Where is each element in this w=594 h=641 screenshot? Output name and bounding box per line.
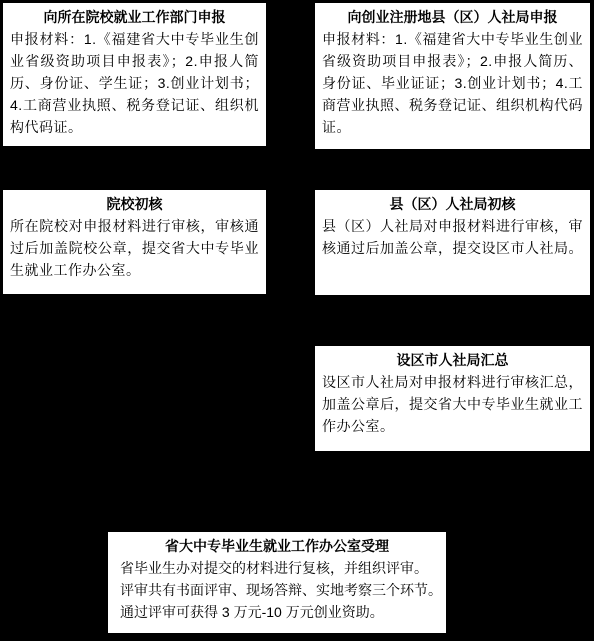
box-body-apply-bureau: 申报材料：1.《福建省大中专毕业生创业省级资助项目申报表》；2.申报人简历、身份…	[322, 28, 583, 138]
box-title-county-review: 县（区）人社局初核	[322, 193, 583, 215]
flow-box-county-review: 县（区）人社局初核 县（区）人社局对申报材料进行审核，审核通过后加盖公章，提交设…	[315, 190, 590, 295]
flow-box-city-summary: 设区市人社局汇总 设区市人社局对申报材料进行审核汇总，加盖公章后，提交省大中专毕…	[315, 346, 590, 451]
box-body-line-2-province-accept: 评审共有书面评审、现场答辩、实地考察三个环节。	[115, 579, 439, 601]
box-body-line-3-province-accept: 通过评审可获得 3 万元-10 万元创业资助。	[115, 601, 439, 623]
flow-box-province-accept: 省大中专毕业生就业工作办公室受理 省毕业生办对提交的材料进行复核，并组织评审。 …	[108, 532, 446, 633]
box-body-county-review: 县（区）人社局对申报材料进行审核，审核通过后加盖公章，提交设区市人社局。	[322, 215, 583, 259]
box-title-college-review: 院校初核	[10, 193, 259, 215]
flow-box-apply-college: 向所在院校就业工作部门申报 申报材料：1.《福建省大中专毕业生创业省级资助项目申…	[3, 3, 266, 146]
box-body-apply-college: 申报材料：1.《福建省大中专毕业生创业省级资助项目申报表》；2.申报人简历、身份…	[10, 28, 259, 138]
box-title-province-accept: 省大中专毕业生就业工作办公室受理	[115, 535, 439, 557]
flowchart-canvas: 向所在院校就业工作部门申报 申报材料：1.《福建省大中专毕业生创业省级资助项目申…	[0, 0, 594, 641]
flow-box-college-review: 院校初核 所在院校对申报材料进行审核，审核通过后加盖院校公章，提交省大中专毕业生…	[3, 190, 266, 294]
box-body-city-summary: 设区市人社局对申报材料进行审核汇总，加盖公章后，提交省大中专毕业生就业工作办公室…	[322, 371, 583, 437]
box-title-city-summary: 设区市人社局汇总	[322, 349, 583, 371]
box-title-apply-bureau: 向创业注册地县（区）人社局申报	[322, 6, 583, 28]
box-body-college-review: 所在院校对申报材料进行审核，审核通过后加盖院校公章，提交省大中专毕业生就业工作办…	[10, 215, 259, 281]
box-body-line-1-province-accept: 省毕业生办对提交的材料进行复核，并组织评审。	[115, 557, 439, 579]
box-title-apply-college: 向所在院校就业工作部门申报	[10, 6, 259, 28]
flow-box-apply-bureau: 向创业注册地县（区）人社局申报 申报材料：1.《福建省大中专毕业生创业省级资助项…	[315, 3, 590, 149]
